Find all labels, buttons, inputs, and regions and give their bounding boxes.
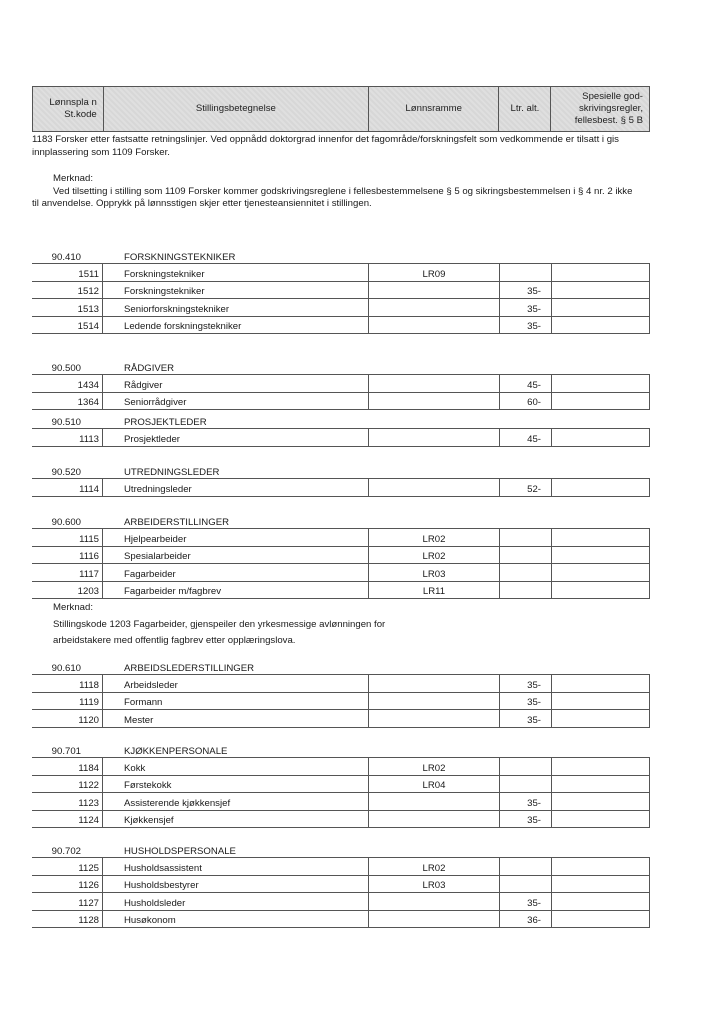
cell-title: Forskningstekniker xyxy=(103,282,369,299)
cell-ltr: 36- xyxy=(500,911,552,928)
cell-salary-range: LR11 xyxy=(369,582,500,599)
cell-special xyxy=(552,893,650,910)
table-row: 1122FørstekokkLR04 xyxy=(32,776,650,794)
cell-special xyxy=(552,811,650,828)
table-row: 1127Husholdsleder35- xyxy=(32,893,650,911)
cell-ltr xyxy=(500,264,552,281)
table-row: 1117FagarbeiderLR03 xyxy=(32,564,650,582)
section-code: 90.510 xyxy=(32,417,103,428)
intro-line-2: innplassering som 1109 Forsker. xyxy=(32,146,652,159)
cell-code: 1113 xyxy=(32,429,103,446)
cell-code: 1123 xyxy=(32,793,103,810)
table-header: Lønnspla n St.kode Stillingsbetegnelse L… xyxy=(32,86,650,132)
table-row: 1128Husøkonom36- xyxy=(32,911,650,929)
cell-salary-range: LR04 xyxy=(369,776,500,793)
cell-salary-range xyxy=(369,429,500,446)
cell-special xyxy=(552,675,650,692)
cell-ltr xyxy=(500,776,552,793)
cell-special xyxy=(552,582,650,599)
cell-title: Fagarbeider xyxy=(103,564,369,581)
cell-special xyxy=(552,911,650,928)
section-table: 1115HjelpearbeiderLR021116Spesialarbeide… xyxy=(32,528,650,599)
table-row: 1120Mester35- xyxy=(32,710,650,728)
cell-title: Utredningsleder xyxy=(103,479,369,496)
cell-ltr xyxy=(500,876,552,893)
cell-ltr: 52- xyxy=(500,479,552,496)
cell-salary-range: LR02 xyxy=(369,547,500,564)
section-header: 90.702HUSHOLDSPERSONALE xyxy=(32,845,650,857)
cell-special xyxy=(552,317,650,334)
cell-code: 1124 xyxy=(32,811,103,828)
cell-ltr: 35- xyxy=(500,693,552,710)
section-title: RÅDGIVER xyxy=(103,363,174,374)
cell-code: 1364 xyxy=(32,393,103,410)
cell-ltr xyxy=(500,582,552,599)
section-90-500: 90.500RÅDGIVER1434Rådgiver45-1364Seniorr… xyxy=(32,362,650,410)
section-title: ARBEIDSLEDERSTILLINGER xyxy=(103,663,254,674)
cell-special xyxy=(552,479,650,496)
section-title: PROSJEKTLEDER xyxy=(103,417,207,428)
section-table: 1125HusholdsassistentLR021126Husholdsbes… xyxy=(32,857,650,928)
section-table: 1118Arbeidsleder35-1119Formann35-1120Mes… xyxy=(32,674,650,728)
table-row: 1511ForskningsteknikerLR09 xyxy=(32,264,650,282)
cell-ltr: 35- xyxy=(500,811,552,828)
cell-code: 1203 xyxy=(32,582,103,599)
cell-salary-range xyxy=(369,317,500,334)
section-90-520: 90.520UTREDNINGSLEDER1114Utredningsleder… xyxy=(32,466,650,497)
cell-salary-range xyxy=(369,893,500,910)
cell-salary-range xyxy=(369,811,500,828)
section-header: 90.500RÅDGIVER xyxy=(32,362,650,374)
cell-title: Seniorrådgiver xyxy=(103,393,369,410)
table-row: 1364Seniorrådgiver60- xyxy=(32,393,650,411)
cell-title: Husholdsbestyrer xyxy=(103,876,369,893)
cell-title: Førstekokk xyxy=(103,776,369,793)
cell-special xyxy=(552,282,650,299)
table-row: 1124Kjøkkensjef35- xyxy=(32,811,650,829)
cell-ltr: 35- xyxy=(500,675,552,692)
cell-code: 1116 xyxy=(32,547,103,564)
table-row: 1113Prosjektleder45- xyxy=(32,429,650,447)
section-90-510: 90.510PROSJEKTLEDER1113Prosjektleder45- xyxy=(32,416,650,447)
table-row: 1114Utredningsleder52- xyxy=(32,479,650,497)
cell-special xyxy=(552,858,650,875)
header-title: Stillingsbetegnelse xyxy=(104,87,369,131)
cell-special xyxy=(552,393,650,410)
cell-special xyxy=(552,264,650,281)
section-90-600: 90.600ARBEIDERSTILLINGER1115Hjelpearbeid… xyxy=(32,516,650,599)
cell-ltr: 35- xyxy=(500,282,552,299)
cell-salary-range xyxy=(369,710,500,727)
cell-ltr: 35- xyxy=(500,299,552,316)
section-code: 90.410 xyxy=(32,252,103,263)
section-header: 90.610ARBEIDSLEDERSTILLINGER xyxy=(32,662,650,674)
cell-special xyxy=(552,776,650,793)
cell-title: Forskningstekniker xyxy=(103,264,369,281)
cell-title: Arbeidsleder xyxy=(103,675,369,692)
cell-special xyxy=(552,529,650,546)
cell-salary-range: LR02 xyxy=(369,529,500,546)
table-row: 1116SpesialarbeiderLR02 xyxy=(32,547,650,565)
cell-special xyxy=(552,793,650,810)
section-90-610: 90.610ARBEIDSLEDERSTILLINGER1118Arbeidsl… xyxy=(32,662,650,728)
section-code: 90.500 xyxy=(32,363,103,374)
cell-ltr: 35- xyxy=(500,317,552,334)
cell-code: 1128 xyxy=(32,911,103,928)
table-row: 1184KokkLR02 xyxy=(32,758,650,776)
cell-special xyxy=(552,375,650,392)
section-code: 90.610 xyxy=(32,663,103,674)
section-code: 90.600 xyxy=(32,517,103,528)
header-special: Spesielle god-skrivingsregler, fellesbes… xyxy=(551,87,649,131)
cell-ltr: 45- xyxy=(500,375,552,392)
note-line-1: Stillingskode 1203 Fagarbeider, gjenspei… xyxy=(53,617,385,633)
section-table: 1434Rådgiver45-1364Seniorrådgiver60- xyxy=(32,374,650,410)
cell-salary-range xyxy=(369,479,500,496)
cell-code: 1512 xyxy=(32,282,103,299)
cell-ltr xyxy=(500,529,552,546)
cell-title: Rådgiver xyxy=(103,375,369,392)
cell-salary-range xyxy=(369,675,500,692)
cell-code: 1118 xyxy=(32,675,103,692)
header-ltr: Ltr. alt. xyxy=(499,87,551,131)
cell-special xyxy=(552,564,650,581)
table-row: 1514Ledende forskningstekniker35- xyxy=(32,317,650,335)
section-code: 90.702 xyxy=(32,846,103,857)
section-title: KJØKKENPERSONALE xyxy=(103,746,227,757)
section-table: 1184KokkLR021122FørstekokkLR041123Assist… xyxy=(32,757,650,828)
note-label: Merknad: xyxy=(53,600,93,616)
cell-code: 1127 xyxy=(32,893,103,910)
cell-ltr xyxy=(500,758,552,775)
section-code: 90.701 xyxy=(32,746,103,757)
cell-title: Formann xyxy=(103,693,369,710)
cell-title: Mester xyxy=(103,710,369,727)
section-header: 90.701KJØKKENPERSONALE xyxy=(32,745,650,757)
cell-salary-range xyxy=(369,911,500,928)
cell-ltr: 45- xyxy=(500,429,552,446)
cell-title: Assisterende kjøkkensjef xyxy=(103,793,369,810)
cell-title: Ledende forskningstekniker xyxy=(103,317,369,334)
section-title: UTREDNINGSLEDER xyxy=(103,467,219,478)
cell-ltr: 35- xyxy=(500,793,552,810)
cell-code: 1184 xyxy=(32,758,103,775)
header-salary-range: Lønnsramme xyxy=(369,87,500,131)
cell-ltr xyxy=(500,858,552,875)
section-90-410: 90.410FORSKNINGSTEKNIKER1511Forskningste… xyxy=(32,251,650,334)
table-row: 1513Seniorforskningstekniker35- xyxy=(32,299,650,317)
cell-title: Prosjektleder xyxy=(103,429,369,446)
cell-code: 1514 xyxy=(32,317,103,334)
section-title: ARBEIDERSTILLINGER xyxy=(103,517,229,528)
cell-code: 1511 xyxy=(32,264,103,281)
cell-code: 1117 xyxy=(32,564,103,581)
section-table: 1114Utredningsleder52- xyxy=(32,478,650,497)
cell-salary-range xyxy=(369,693,500,710)
cell-special xyxy=(552,547,650,564)
cell-title: Husholdsleder xyxy=(103,893,369,910)
cell-special xyxy=(552,710,650,727)
cell-special xyxy=(552,429,650,446)
section-header: 90.410FORSKNINGSTEKNIKER xyxy=(32,251,650,263)
cell-title: Seniorforskningstekniker xyxy=(103,299,369,316)
header-code: Lønnspla n St.kode xyxy=(33,87,104,131)
cell-salary-range xyxy=(369,793,500,810)
table-row: 1434Rådgiver45- xyxy=(32,375,650,393)
section-90-701: 90.701KJØKKENPERSONALE1184KokkLR021122Fø… xyxy=(32,745,650,828)
cell-code: 1114 xyxy=(32,479,103,496)
cell-salary-range: LR02 xyxy=(369,758,500,775)
table-row: 1123Assisterende kjøkkensjef35- xyxy=(32,793,650,811)
intro-note-line-2: til anvendelse. Opprykk på lønnsstigen s… xyxy=(32,197,652,210)
cell-ltr: 35- xyxy=(500,893,552,910)
cell-ltr: 60- xyxy=(500,393,552,410)
section-title: HUSHOLDSPERSONALE xyxy=(103,846,236,857)
section-code: 90.520 xyxy=(32,467,103,478)
cell-code: 1126 xyxy=(32,876,103,893)
section-table: 1113Prosjektleder45- xyxy=(32,428,650,447)
cell-ltr xyxy=(500,547,552,564)
table-row: 1203Fagarbeider m/fagbrevLR11 xyxy=(32,582,650,600)
cell-salary-range xyxy=(369,282,500,299)
cell-special xyxy=(552,693,650,710)
table-row: 1115HjelpearbeiderLR02 xyxy=(32,529,650,547)
section-table: 1511ForskningsteknikerLR091512Forsknings… xyxy=(32,263,650,334)
cell-code: 1125 xyxy=(32,858,103,875)
table-row: 1125HusholdsassistentLR02 xyxy=(32,858,650,876)
section-90-702: 90.702HUSHOLDSPERSONALE1125Husholdsassis… xyxy=(32,845,650,928)
section-header: 90.520UTREDNINGSLEDER xyxy=(32,466,650,478)
cell-code: 1434 xyxy=(32,375,103,392)
cell-salary-range: LR03 xyxy=(369,876,500,893)
cell-title: Kokk xyxy=(103,758,369,775)
table-row: 1118Arbeidsleder35- xyxy=(32,675,650,693)
cell-salary-range xyxy=(369,375,500,392)
note-line-2: arbeidstakere med offentlig fagbrev ette… xyxy=(53,633,295,649)
cell-salary-range: LR03 xyxy=(369,564,500,581)
cell-title: Fagarbeider m/fagbrev xyxy=(103,582,369,599)
table-row: 1119Formann35- xyxy=(32,693,650,711)
table-row: 1126HusholdsbestyrerLR03 xyxy=(32,876,650,894)
cell-ltr xyxy=(500,564,552,581)
cell-code: 1115 xyxy=(32,529,103,546)
cell-ltr: 35- xyxy=(500,710,552,727)
cell-title: Husholdsassistent xyxy=(103,858,369,875)
cell-salary-range xyxy=(369,393,500,410)
intro-line-1: 1183 Forsker etter fastsatte retningslin… xyxy=(32,133,652,146)
cell-special xyxy=(552,299,650,316)
cell-special xyxy=(552,758,650,775)
cell-code: 1122 xyxy=(32,776,103,793)
cell-code: 1513 xyxy=(32,299,103,316)
cell-code: 1119 xyxy=(32,693,103,710)
cell-code: 1120 xyxy=(32,710,103,727)
cell-title: Hjelpearbeider xyxy=(103,529,369,546)
intro-note-label: Merknad: xyxy=(53,172,673,185)
cell-salary-range xyxy=(369,299,500,316)
table-row: 1512Forskningstekniker35- xyxy=(32,282,650,300)
cell-salary-range: LR09 xyxy=(369,264,500,281)
cell-title: Spesialarbeider xyxy=(103,547,369,564)
section-header: 90.600ARBEIDERSTILLINGER xyxy=(32,516,650,528)
section-title: FORSKNINGSTEKNIKER xyxy=(103,252,235,263)
cell-salary-range: LR02 xyxy=(369,858,500,875)
cell-title: Kjøkkensjef xyxy=(103,811,369,828)
cell-special xyxy=(552,876,650,893)
section-header: 90.510PROSJEKTLEDER xyxy=(32,416,650,428)
cell-title: Husøkonom xyxy=(103,911,369,928)
